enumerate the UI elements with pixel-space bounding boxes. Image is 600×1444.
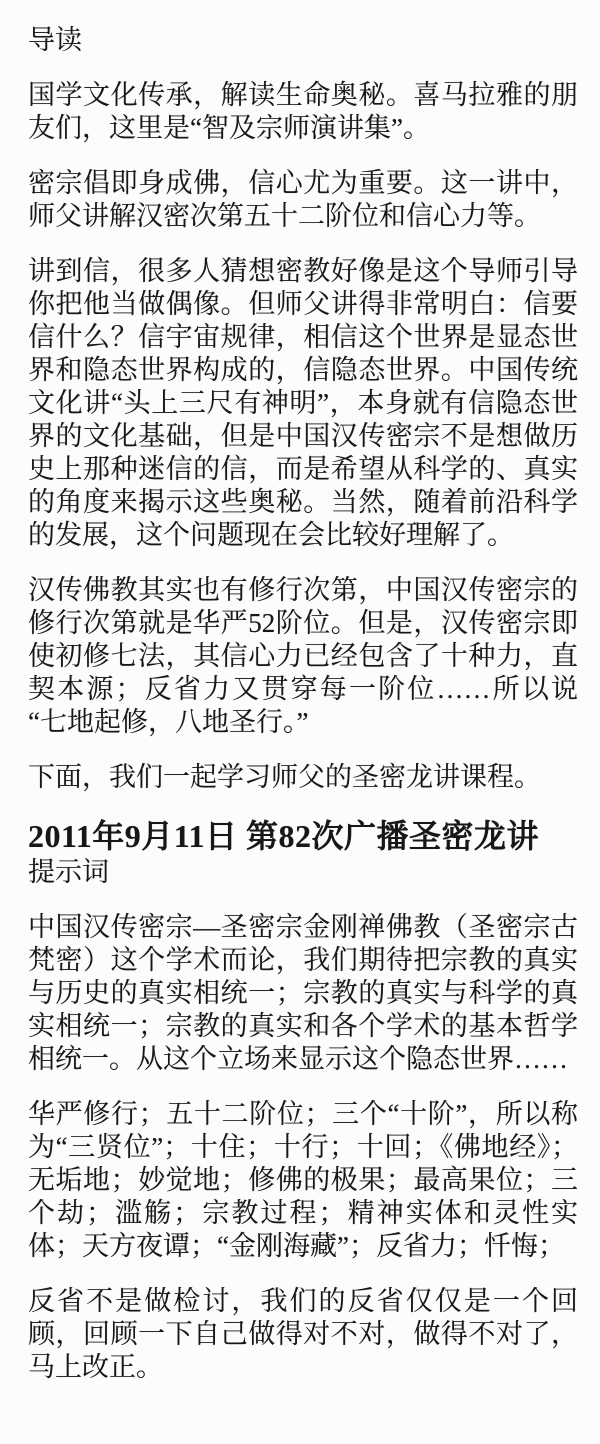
intro-paragraph-5: 下面，我们一起学习师父的圣密龙讲课程。 xyxy=(28,761,578,794)
lecture-subheading: 提示词 xyxy=(28,856,578,889)
document-page: 导读 国学文化传承，解读生命奥秘。喜马拉雅的朋友们，这里是“智及宗师演讲集”。 … xyxy=(0,0,600,1444)
lecture-paragraph-3: 反省不是做检讨，我们的反省仅仅是一个回顾，回顾一下自己做得对不对，做得不对了，马… xyxy=(28,1285,578,1384)
intro-paragraph-2: 密宗倡即身成佛，信心尤为重要。这一讲中，师父讲解汉密次第五十二阶位和信心力等。 xyxy=(28,167,578,233)
lead-title: 导读 xyxy=(28,24,578,57)
intro-paragraph-3: 讲到信，很多人猜想密教好像是这个导师引导你把他当做偶像。但师父讲得非常明白：信要… xyxy=(28,255,578,552)
lecture-paragraph-2: 华严修行；五十二阶位；三个“十阶”，所以称为“三贤位”；十住；十行；十回；《佛地… xyxy=(28,1098,578,1263)
lecture-paragraph-1: 中国汉传密宗—圣密宗金刚禅佛教（圣密宗古梵密）这个学术而论，我们期待把宗教的真实… xyxy=(28,911,578,1076)
intro-paragraph-4: 汉传佛教其实也有修行次第，中国汉传密宗的修行次第就是华严52阶位。但是，汉传密宗… xyxy=(28,574,578,739)
intro-paragraph-1: 国学文化传承，解读生命奥秘。喜马拉雅的朋友们，这里是“智及宗师演讲集”。 xyxy=(28,79,578,145)
lecture-heading: 2011年9月11日 第82次广播圣密龙讲 xyxy=(28,816,578,856)
